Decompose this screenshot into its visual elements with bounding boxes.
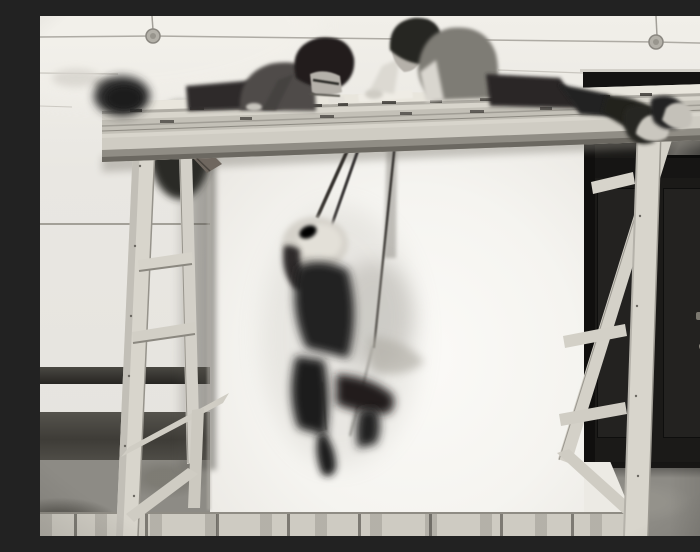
scene-drawing <box>40 16 700 536</box>
vignette <box>40 16 700 536</box>
photograph <box>40 16 700 536</box>
